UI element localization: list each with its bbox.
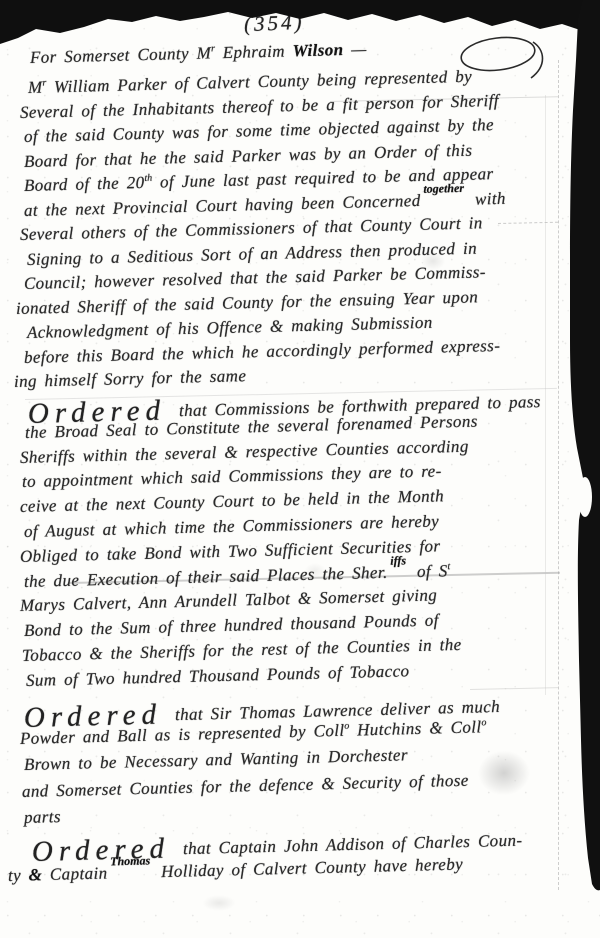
margin-rule-vertical xyxy=(558,60,559,890)
binding-bar-notch xyxy=(578,477,592,517)
inserted-word: together xyxy=(423,180,464,195)
superscript-text: th xyxy=(144,173,152,184)
heading-line: For Somerset County Mr Ephraim Wilson — xyxy=(30,39,367,68)
superscript-text: r xyxy=(42,78,46,89)
paper-smudge xyxy=(468,742,540,804)
order-powder-and-ball-line: parts xyxy=(24,807,61,828)
order-commissions-line: Sum of Two hundred Thousand Pounds of To… xyxy=(26,661,410,691)
manuscript-page: (354) For Somerset County Mr Ephraim Wil… xyxy=(0,0,600,938)
order-powder-and-ball-line: Brown to be Necessary and Wanting in Dor… xyxy=(24,745,408,775)
margin-rule-vertical xyxy=(545,95,546,695)
superscript-text: o xyxy=(481,717,486,728)
superscript-text: r xyxy=(211,43,215,54)
order-powder-and-ball-line: and Somerset Counties for the defence & … xyxy=(22,770,469,801)
bold-text: & xyxy=(28,865,42,884)
entry-william-parker-line: ing himself Sorry for the same xyxy=(14,366,247,392)
page-number: (354) xyxy=(244,10,305,37)
paper-smudge xyxy=(196,892,242,914)
superscript-text: o xyxy=(344,720,349,731)
binding-bar xyxy=(570,0,600,890)
superscript-text: t xyxy=(447,561,450,572)
rule-line-horizontal xyxy=(498,222,558,225)
inserted-word: iffs xyxy=(390,553,406,567)
bold-text: Wilson xyxy=(292,40,343,60)
inserted-word: Thomas xyxy=(110,853,150,868)
